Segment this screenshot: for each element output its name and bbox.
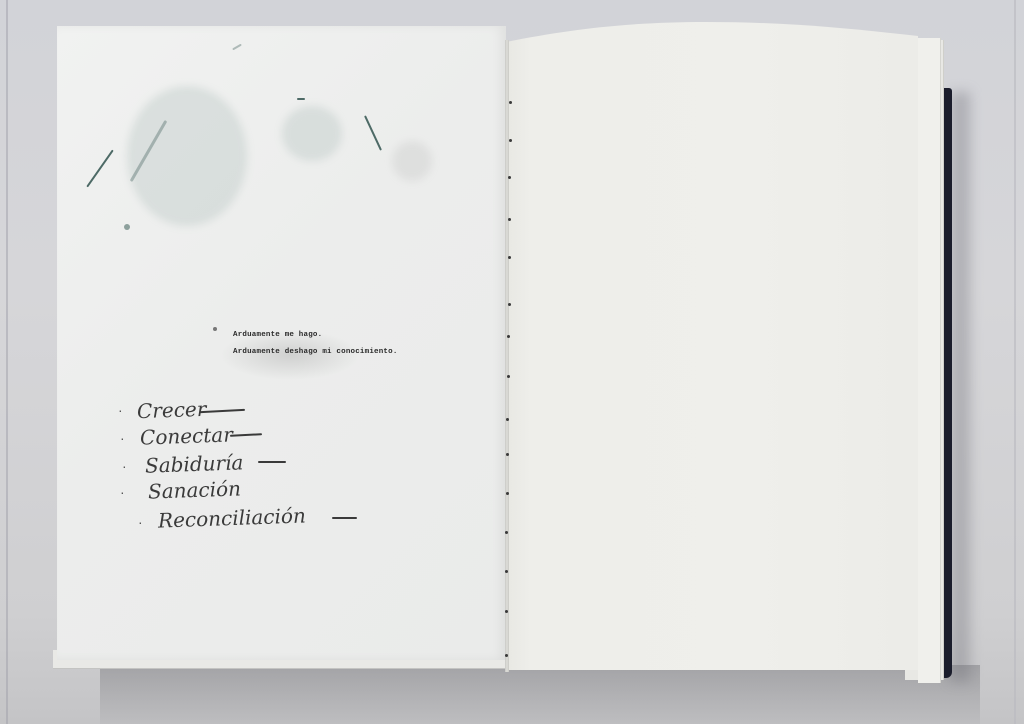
pencil-smudge	[392, 141, 432, 181]
list-item: Crecer	[137, 397, 207, 423]
stitch-hole	[505, 610, 508, 613]
right-page-stack-inner	[918, 38, 941, 683]
stitch-hole	[505, 531, 508, 534]
list-bullet: ·	[118, 402, 123, 418]
pencil-mark	[297, 98, 305, 100]
list-bullet: ·	[120, 484, 125, 500]
stitch-hole	[505, 570, 508, 573]
right-page	[506, 22, 918, 670]
stitch-hole	[506, 492, 509, 495]
stitch-hole	[508, 218, 511, 221]
wall-edge-right	[1014, 0, 1016, 724]
stitch-hole	[506, 418, 509, 421]
stitch-hole	[508, 176, 511, 179]
list-bullet: ·	[138, 514, 143, 530]
pencil-mark	[124, 224, 130, 230]
list-underline	[332, 517, 357, 519]
stitch-hole	[505, 654, 508, 657]
list-item: Reconciliación	[158, 503, 307, 532]
cover-shadow	[950, 92, 970, 682]
pencil-mark	[364, 115, 382, 150]
list-bullet: ·	[120, 430, 125, 446]
book-shadow	[100, 665, 980, 724]
list-underline	[258, 461, 286, 463]
typed-bullet	[213, 327, 217, 331]
stitch-hole	[509, 139, 512, 142]
stitch-hole	[508, 256, 511, 259]
wall-edge-left	[6, 0, 8, 724]
typed-line-1: Arduamente me hago.	[233, 331, 322, 339]
stitch-hole	[509, 101, 512, 104]
list-item: Sanación	[148, 476, 242, 503]
stitch-hole	[506, 453, 509, 456]
stitch-hole	[508, 303, 511, 306]
typed-line-2: Arduamente deshago mi conocimiento.	[233, 348, 398, 356]
stitch-hole	[507, 335, 510, 338]
pencil-smudge	[282, 106, 342, 161]
stitch-hole	[507, 375, 510, 378]
pencil-mark	[86, 149, 113, 187]
pencil-mark	[232, 44, 242, 51]
list-bullet: ·	[122, 458, 127, 474]
spine-gutter	[505, 40, 509, 672]
list-item: Conectar	[140, 422, 234, 449]
list-item: Sabiduría	[145, 450, 244, 477]
